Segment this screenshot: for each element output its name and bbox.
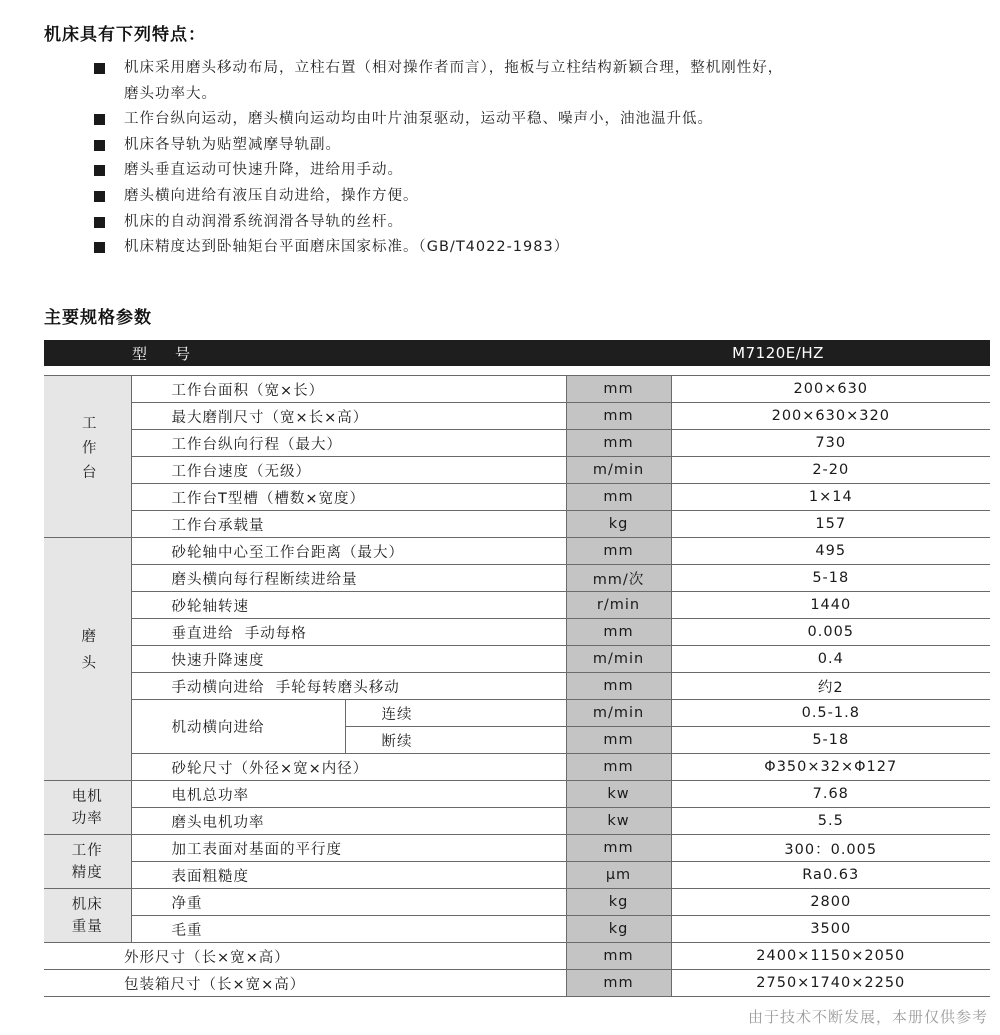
spec-unit: mm: [566, 835, 671, 862]
table-row: 工作台纵向行程（最大） mm 730: [44, 430, 990, 457]
table-row: 机动横向进给 连续 m/min 0.5-1.8: [44, 700, 990, 727]
spec-item: 毛重: [131, 916, 566, 943]
feature-text: 磨头垂直运动可快速升降，进给用手动。: [124, 162, 403, 178]
spec-value: 1×14: [671, 484, 990, 511]
spec-value: 2750×1740×2250: [671, 970, 990, 997]
square-bullet-icon: [94, 242, 105, 253]
spec-unit: m/min: [566, 457, 671, 484]
spec-item: 工作台面积（宽×长）: [131, 376, 566, 403]
spec-unit: mm: [566, 484, 671, 511]
category-label: 精度: [72, 865, 103, 881]
table-row: 手动横向进给 手轮每转磨头移动 mm 约2: [44, 673, 990, 700]
category-label: 重量: [72, 919, 103, 935]
feature-item: 机床采用磨头移动布局，立柱右置（相对操作者而言），拖板与立柱结构新颖合理，整机刚…: [94, 56, 974, 107]
spec-item: 砂轮轴转速: [131, 592, 566, 619]
spec-item: 工作台速度（无级）: [131, 457, 566, 484]
spec-unit: kg: [566, 916, 671, 943]
feature-item: 机床各导轨为贴塑减摩导轨副。: [94, 133, 974, 159]
feature-text: 机床精度达到卧轴矩台平面磨床国家标准。（GB/T4022-1983）: [124, 239, 569, 255]
table-row: 最大磨削尺寸（宽×长×高） mm 200×630×320: [44, 403, 990, 430]
table-row: 机床 重量 净重 kg 2800: [44, 889, 990, 916]
spec-unit: mm: [566, 430, 671, 457]
feature-text: 机床的自动润滑系统润滑各导轨的丝杆。: [124, 214, 403, 230]
spec-unit: μm: [566, 862, 671, 889]
table-row: 表面粗糙度 μm Ra0.63: [44, 862, 990, 889]
spec-value: 5-18: [671, 565, 990, 592]
table-row: 快速升降速度 m/min 0.4: [44, 646, 990, 673]
table-row: 毛重 kg 3500: [44, 916, 990, 943]
feature-item: 磨头横向进给有液压自动进给，操作方便。: [94, 184, 974, 210]
spec-item: 工作台T型槽（槽数×宽度）: [131, 484, 566, 511]
square-bullet-icon: [94, 165, 105, 176]
spec-value: 1440: [671, 592, 990, 619]
feature-text: 磨头横向进给有液压自动进给，操作方便。: [124, 188, 419, 204]
table-row: 工作 精度 加工表面对基面的平行度 mm 300：0.005: [44, 835, 990, 862]
spec-unit: m/min: [566, 700, 671, 727]
spec-value: 300：0.005: [671, 835, 990, 862]
spec-unit: kg: [566, 889, 671, 916]
table-row: 电机 功率 电机总功率 kw 7.68: [44, 781, 990, 808]
spec-item: 砂轮尺寸（外径×宽×内径）: [131, 754, 566, 781]
spec-item: 砂轮轴中心至工作台距离（最大）: [131, 538, 566, 565]
feature-item: 工作台纵向运动，磨头横向运动均由叶片油泵驱动，运动平稳、噪声小，油池温升低。: [94, 107, 974, 133]
spec-value: 0.5-1.8: [671, 700, 990, 727]
category-label: 机床: [72, 897, 103, 913]
spec-subitem: 连续: [345, 700, 566, 727]
feature-text-cont: 磨头功率大。: [124, 86, 217, 102]
spec-value: 0.005: [671, 619, 990, 646]
spec-unit: mm: [566, 619, 671, 646]
spec-value: Ra0.63: [671, 862, 990, 889]
model-label: 型号: [44, 340, 566, 366]
square-bullet-icon: [94, 63, 105, 74]
spec-value: 0.4: [671, 646, 990, 673]
spec-unit: mm: [566, 943, 671, 970]
table-row: 砂轮轴转速 r/min 1440: [44, 592, 990, 619]
spec-item: 包装箱尺寸（长×宽×高）: [44, 970, 566, 997]
feature-item: 磨头垂直运动可快速升降，进给用手动。: [94, 158, 974, 184]
category-label: 工作: [72, 843, 103, 859]
category-label: 电机: [72, 789, 103, 805]
feature-item: 机床的自动润滑系统润滑各导轨的丝杆。: [94, 210, 974, 236]
spec-item: 电机总功率: [131, 781, 566, 808]
spec-value: 157: [671, 511, 990, 538]
category-worktable: 工作台: [44, 376, 131, 538]
model-header-row: 型号 M7120E/HZ: [44, 340, 990, 366]
spec-table: 型号 M7120E/HZ 工作台 工作台面积（宽×长） mm 200×630 最…: [44, 340, 990, 997]
spec-value: 200×630×320: [671, 403, 990, 430]
category-label: 工作台: [74, 415, 101, 489]
spec-unit: mm: [566, 754, 671, 781]
spec-value: 2800: [671, 889, 990, 916]
table-row: 包装箱尺寸（长×宽×高） mm 2750×1740×2250: [44, 970, 990, 997]
spec-item: 外形尺寸（长×宽×高）: [44, 943, 566, 970]
spec-item: 最大磨削尺寸（宽×长×高）: [131, 403, 566, 430]
spec-unit: mm: [566, 970, 671, 997]
square-bullet-icon: [94, 191, 105, 202]
table-row: 外形尺寸（长×宽×高） mm 2400×1150×2050: [44, 943, 990, 970]
spec-unit: r/min: [566, 592, 671, 619]
category-grinding-head: 磨头: [44, 538, 131, 781]
spec-item: 磨头电机功率: [131, 808, 566, 835]
table-row: 工作台 工作台面积（宽×长） mm 200×630: [44, 376, 990, 403]
category-weight: 机床 重量: [44, 889, 131, 943]
specs-heading: 主要规格参数: [44, 303, 152, 328]
spacer: [44, 366, 990, 376]
spec-value: 5.5: [671, 808, 990, 835]
spec-unit: mm: [566, 727, 671, 754]
feature-text: 工作台纵向运动，磨头横向运动均由叶片油泵驱动，运动平稳、噪声小，油池温升低。: [124, 111, 713, 127]
spec-item: 机动横向进给: [131, 700, 345, 754]
table-row: 工作台速度（无级） m/min 2-20: [44, 457, 990, 484]
model-value: M7120E/HZ: [566, 340, 990, 366]
spec-item: 净重: [131, 889, 566, 916]
square-bullet-icon: [94, 114, 105, 125]
spec-item: 加工表面对基面的平行度: [131, 835, 566, 862]
spec-value: 730: [671, 430, 990, 457]
table-row: 垂直进给 手动每格 mm 0.005: [44, 619, 990, 646]
spec-unit: m/min: [566, 646, 671, 673]
category-accuracy: 工作 精度: [44, 835, 131, 889]
spec-item: 表面粗糙度: [131, 862, 566, 889]
spec-unit: mm: [566, 376, 671, 403]
disclaimer-note: 由于技术不断发展，本册仅供参考: [748, 1006, 988, 1027]
spec-item: 手动横向进给 手轮每转磨头移动: [131, 673, 566, 700]
spec-unit: mm: [566, 538, 671, 565]
category-label: 功率: [72, 811, 103, 827]
spec-value: 3500: [671, 916, 990, 943]
spec-unit: mm: [566, 673, 671, 700]
feature-text: 机床各导轨为贴塑减摩导轨副。: [124, 137, 341, 153]
spec-value: Φ350×32×Φ127: [671, 754, 990, 781]
spec-item: 垂直进给 手动每格: [131, 619, 566, 646]
spec-value: 495: [671, 538, 990, 565]
spec-value: 2-20: [671, 457, 990, 484]
square-bullet-icon: [94, 217, 105, 228]
features-heading: 机床具有下列特点：: [44, 20, 206, 45]
table-row: 磨头横向每行程断续进给量 mm/次 5-18: [44, 565, 990, 592]
spec-item: 磨头横向每行程断续进给量: [131, 565, 566, 592]
category-label: 磨头: [74, 628, 100, 681]
spec-unit: kw: [566, 781, 671, 808]
feature-text: 机床采用磨头移动布局，立柱右置（相对操作者而言），拖板与立柱结构新颖合理，整机刚…: [124, 60, 783, 76]
spec-unit: kg: [566, 511, 671, 538]
table-row: 磨头电机功率 kw 5.5: [44, 808, 990, 835]
feature-item: 机床精度达到卧轴矩台平面磨床国家标准。（GB/T4022-1983）: [94, 235, 974, 261]
spec-value: 200×630: [671, 376, 990, 403]
spec-item: 工作台纵向行程（最大）: [131, 430, 566, 457]
spec-value: 2400×1150×2050: [671, 943, 990, 970]
feature-list: 机床采用磨头移动布局，立柱右置（相对操作者而言），拖板与立柱结构新颖合理，整机刚…: [94, 56, 974, 261]
table-row: 磨头 砂轮轴中心至工作台距离（最大） mm 495: [44, 538, 990, 565]
table-row: 工作台T型槽（槽数×宽度） mm 1×14: [44, 484, 990, 511]
spec-value: 约2: [671, 673, 990, 700]
spec-unit: kw: [566, 808, 671, 835]
spec-value: 5-18: [671, 727, 990, 754]
spec-unit: mm: [566, 403, 671, 430]
table-row: 砂轮尺寸（外径×宽×内径） mm Φ350×32×Φ127: [44, 754, 990, 781]
spec-value: 7.68: [671, 781, 990, 808]
table-row: 工作台承载量 kg 157: [44, 511, 990, 538]
spec-unit: mm/次: [566, 565, 671, 592]
square-bullet-icon: [94, 140, 105, 151]
spec-item: 快速升降速度: [131, 646, 566, 673]
spec-subitem: 断续: [345, 727, 566, 754]
category-motor-power: 电机 功率: [44, 781, 131, 835]
spec-item: 工作台承载量: [131, 511, 566, 538]
